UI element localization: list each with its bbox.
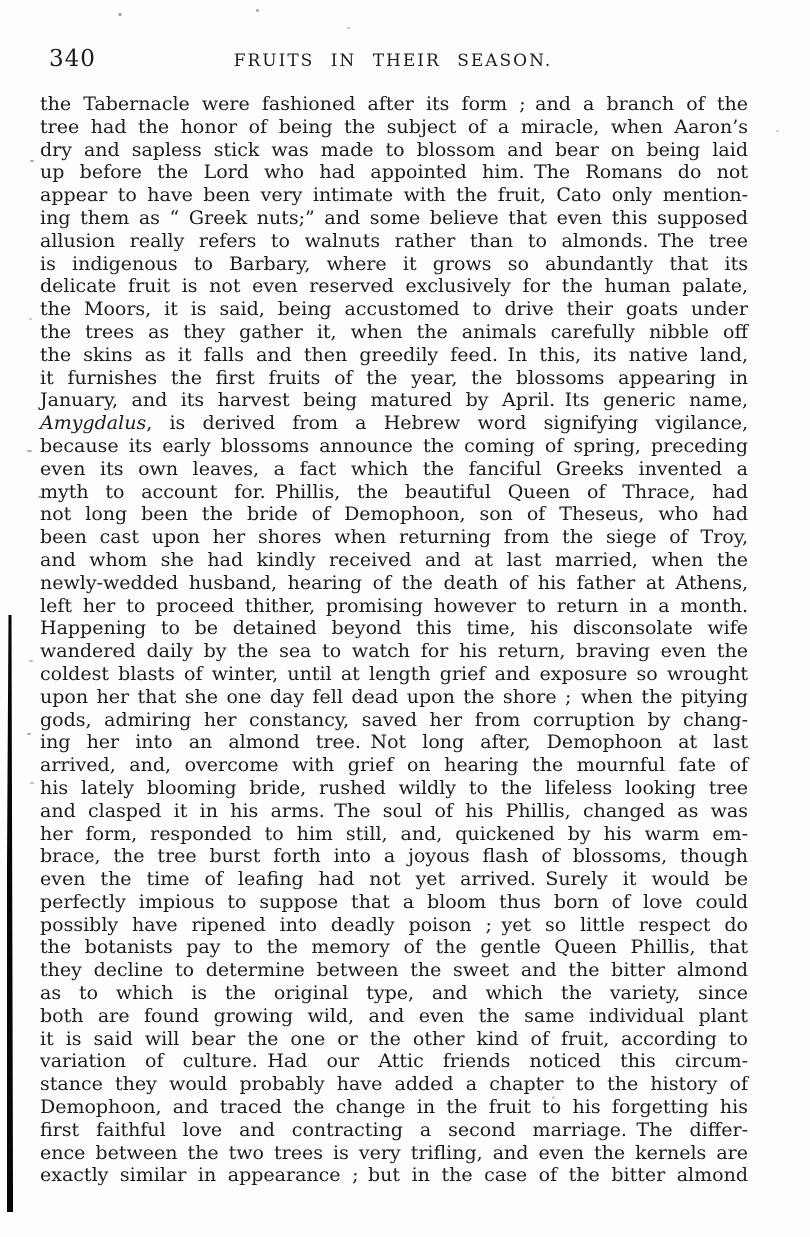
scan-speck <box>27 733 31 735</box>
text-line: it furnishes the first fruits of the yea… <box>40 367 748 390</box>
text-line: even its own leaves, a fact which the fa… <box>40 458 748 481</box>
text-line: newly-wedded husband, hearing of the dea… <box>40 572 748 595</box>
scan-speck <box>118 13 122 16</box>
text-line: ing them as “ Greek nuts;” and some beli… <box>40 207 748 230</box>
text-line: both are found growing wild, and even th… <box>40 1005 748 1028</box>
text-line: even the time of leafing had not yet arr… <box>40 868 748 891</box>
text-line: left her to proceed thither, promising h… <box>40 595 748 618</box>
text-line: appear to have been very intimate with t… <box>40 184 748 207</box>
scan-speck <box>347 27 350 29</box>
scan-speck <box>29 318 32 320</box>
scan-speck <box>256 9 259 12</box>
text-line: the botanists pay to the memory of the g… <box>40 936 748 959</box>
text-line: is indigenous to Barbary, where it grows… <box>40 253 748 276</box>
text-line: tree had the honor of being the subject … <box>40 116 748 139</box>
text-line: Amygdalus, is derived from a Hebrew word… <box>40 412 748 435</box>
text-line: possibly have ripened into deadly poison… <box>40 914 748 937</box>
text-line: arrived, and, overcome with grief on hea… <box>40 754 748 777</box>
text-line: her form, responded to him still, and, q… <box>40 823 748 846</box>
text-line: it is said will bear the one or the othe… <box>40 1028 748 1051</box>
text-line: first faithful love and contracting a se… <box>40 1119 748 1142</box>
scan-speck <box>29 660 33 662</box>
text-line: January, and its harvest being matured b… <box>40 389 748 412</box>
text-line: brace, the tree burst forth into a joyou… <box>40 845 748 868</box>
text-line: not long been the bride of Demophoon, so… <box>40 503 748 526</box>
text-line: stance they would probably have added a … <box>40 1073 748 1096</box>
text-line: perfectly impious to suppose that a bloo… <box>40 891 748 914</box>
scan-speck <box>776 130 779 132</box>
body-text: the Tabernacle were fashioned after its … <box>40 93 748 1187</box>
text-line: his lately blooming bride, rushed wildly… <box>40 777 748 800</box>
scan-speck <box>552 1096 555 1099</box>
scan-artifact-line <box>7 615 13 1212</box>
text-line: ing her into an almond tree. Not long af… <box>40 731 748 754</box>
page-number: 340 <box>49 46 96 72</box>
text-line: dry and sapless stick was made to blosso… <box>40 139 748 162</box>
text-line: variation of culture. Had our Attic frie… <box>40 1050 748 1073</box>
text-line: the Tabernacle were fashioned after its … <box>40 93 748 116</box>
running-title: FRUITS IN THEIR SEASON. <box>0 46 810 71</box>
text-line: and clasped it in his arms. The soul of … <box>40 800 748 823</box>
text-line: wandered daily by the sea to watch for h… <box>40 640 748 663</box>
page-header: 340 FRUITS IN THEIR SEASON. <box>0 46 810 78</box>
text-line: coldest blasts of winter, until at lengt… <box>40 663 748 686</box>
text-line: been cast upon her shores when returning… <box>40 526 748 549</box>
text-line: the trees as they gather it, when the an… <box>40 321 748 344</box>
book-page: 340 FRUITS IN THEIR SEASON. the Tabernac… <box>0 0 810 1237</box>
text-line: the skins as it falls and then greedily … <box>40 344 748 367</box>
text-line: they decline to determine between the sw… <box>40 959 748 982</box>
text-line: as to which is the original type, and wh… <box>40 982 748 1005</box>
text-line: exactly similar in appearance ; but in t… <box>40 1164 748 1187</box>
text-line: Happening to be detained beyond this tim… <box>40 617 748 640</box>
text-line: the Moors, it is said, being accustomed … <box>40 298 748 321</box>
scan-speck <box>30 782 34 784</box>
text-line: and whom she had kindly received and at … <box>40 549 748 572</box>
text-line: up before the Lord who had appointed him… <box>40 161 748 184</box>
text-line: gods, admiring her constancy, saved her … <box>40 709 748 732</box>
text-line: allusion really refers to walnuts rather… <box>40 230 748 253</box>
text-line: upon her that she one day fell dead upon… <box>40 686 748 709</box>
scan-speck <box>38 496 42 498</box>
text-line: delicate fruit is not even reserved excl… <box>40 275 748 298</box>
text-line: Demophoon, and traced the change in the … <box>40 1096 748 1119</box>
text-line: because its early blossoms announce the … <box>40 435 748 458</box>
text-line: myth to account for. Phillis, the beauti… <box>40 481 748 504</box>
scan-speck <box>27 450 32 452</box>
text-line: ence between the two trees is very trifl… <box>40 1142 748 1165</box>
scan-speck <box>30 160 34 162</box>
